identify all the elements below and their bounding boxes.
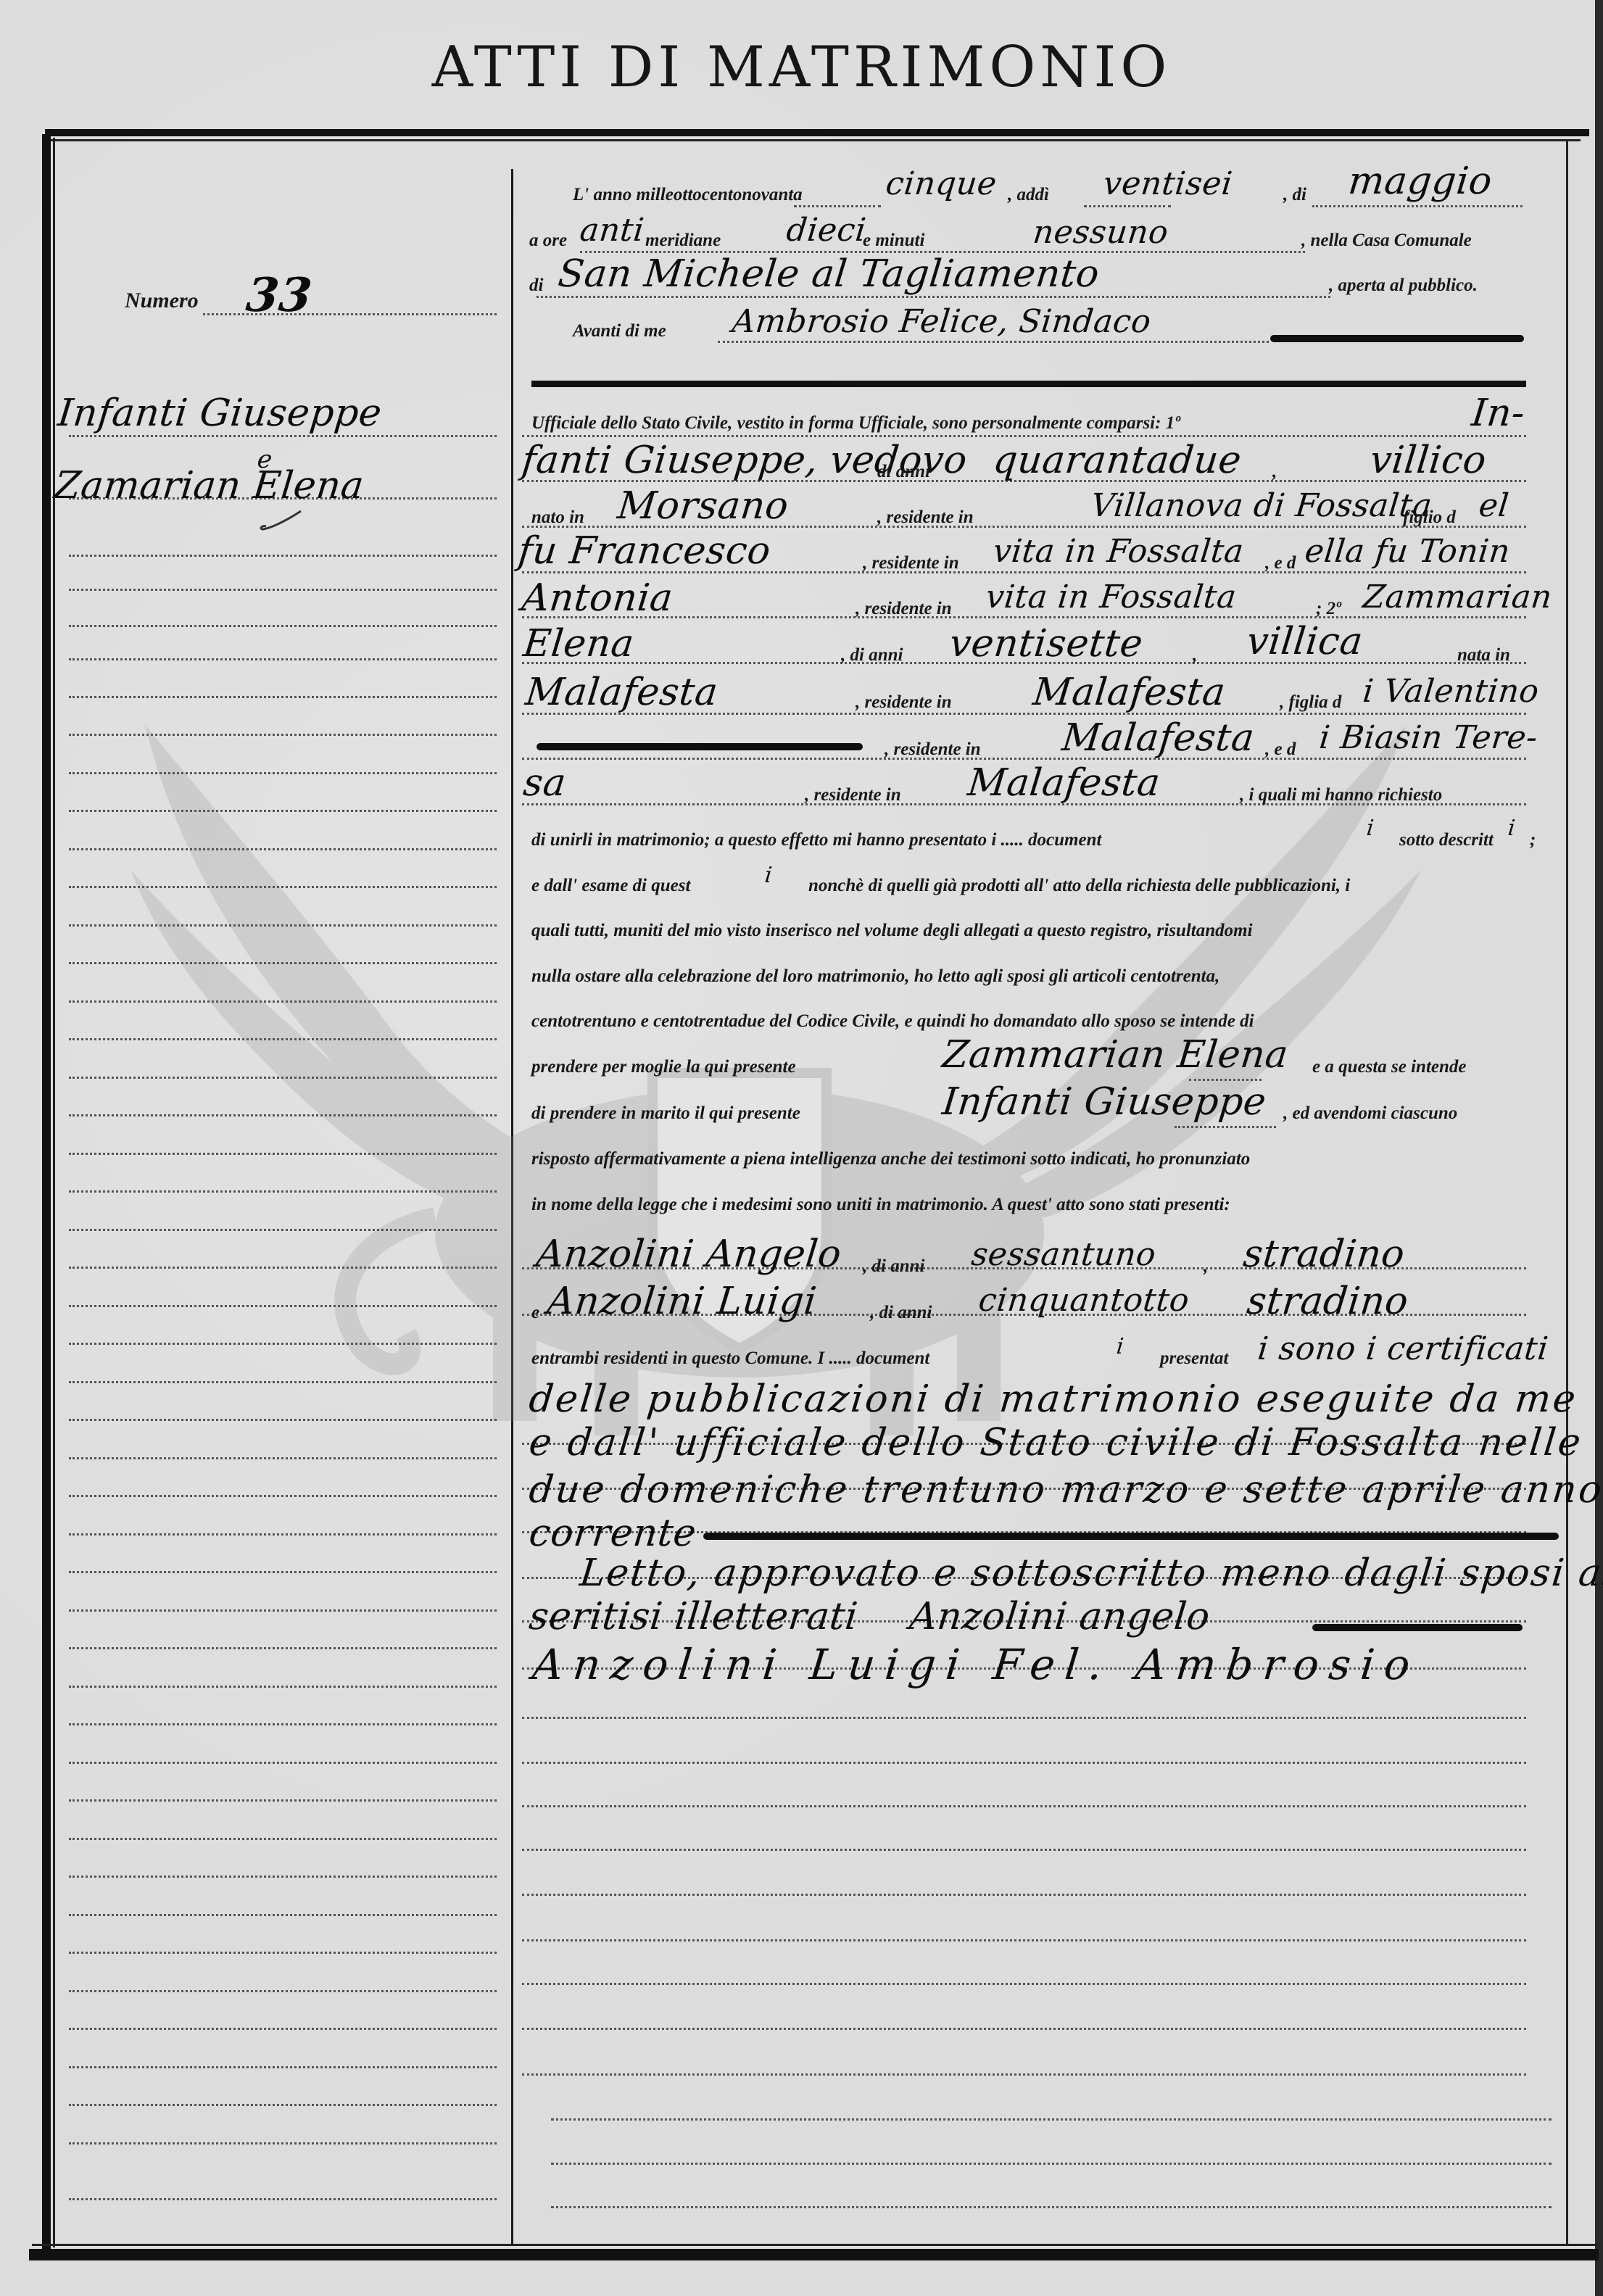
margin-groom-name: Infanti Giuseppe	[56, 391, 384, 435]
documents-description: i sono i certificati	[1256, 1330, 1550, 1367]
frame-bottom-rule	[29, 2249, 1599, 2260]
closing-statement: Letto, approvato e sottoscritto meno dag…	[578, 1551, 1603, 1595]
witness-2-occupation: stradino	[1245, 1280, 1410, 1323]
ink-fill-line	[1312, 1624, 1523, 1631]
documents-description: e dall' ufficiale dello Stato civile di …	[527, 1421, 1585, 1464]
printed-text: , e d	[1265, 739, 1296, 760]
year-value: cinque	[884, 165, 998, 202]
printed-text: , residente in	[805, 785, 901, 805]
printed-text: figlio d	[1403, 507, 1456, 528]
bride-first-name: Elena	[521, 622, 637, 666]
month-value: maggio	[1346, 159, 1494, 203]
frame-left-thin-rule	[53, 138, 55, 2247]
printed-text: presentat	[1160, 1348, 1228, 1369]
printed-text: e a questa se intende	[1312, 1057, 1467, 1077]
printed-text: centotrentuno e centotrentadue del Codic…	[531, 1011, 1254, 1032]
ink-fill-line	[537, 743, 863, 750]
handwritten-text: i	[1115, 1334, 1125, 1359]
printed-text: di anni	[877, 462, 930, 482]
closing-statement: seritisi illetterati	[527, 1595, 860, 1638]
printed-text: ;	[1530, 830, 1536, 850]
printed-text: Avanti di me	[573, 321, 666, 341]
groom-father-residence: vita in Fossalta	[991, 533, 1246, 570]
bride-father: i Valentino	[1361, 673, 1541, 710]
bride-age: ventisette	[948, 622, 1146, 666]
handwritten-text: el	[1477, 487, 1510, 524]
printed-text: , e d	[1265, 553, 1296, 573]
printed-text: ; 2º	[1316, 599, 1341, 619]
witness-1-occupation: stradino	[1241, 1232, 1407, 1276]
page-title: ATTI DI MATRIMONIO	[0, 35, 1603, 100]
printed-text: , i quali mi hanno richiesto	[1240, 785, 1442, 805]
frame-right-rule	[1566, 141, 1568, 2244]
frame-bottom-thin-rule	[32, 2244, 1598, 2246]
groom-mother-residence: vita in Fossalta	[984, 579, 1238, 616]
printed-text: L' anno milleottocentonovanta	[573, 185, 803, 205]
handwritten-text: i	[1507, 816, 1517, 841]
witness-signature: Anzolini angelo	[908, 1595, 1212, 1638]
signatures: Anzolini Luigi Fel. Ambrosio	[530, 1640, 1422, 1689]
printed-text: , residente in	[856, 599, 952, 619]
groom-father: fu Francesco	[516, 529, 773, 573]
printed-text: di	[529, 275, 543, 296]
handwritten-text: i	[1365, 816, 1375, 841]
day-value: ventisei	[1101, 165, 1234, 202]
printed-text: , residente in	[877, 507, 974, 528]
printed-text: Ufficiale dello Stato Civile, vestito in…	[531, 413, 1180, 434]
bride-residence: Malafesta	[1031, 671, 1227, 714]
frame-top-rule	[45, 129, 1589, 136]
printed-text: in nome della legge che i medesimi sono …	[531, 1195, 1230, 1215]
groom-residence: Villanova di Fossalta	[1089, 487, 1433, 524]
witness-2-age: cinquantotto	[977, 1282, 1191, 1319]
frame-left-rule	[42, 134, 51, 2251]
bride-birthplace: Malafesta	[523, 671, 720, 714]
printed-text: a ore	[529, 231, 567, 251]
margin-bride-name: Zamarian Elena	[52, 464, 366, 507]
documents-description: delle pubblicazioni di matrimonio esegui…	[527, 1377, 1580, 1421]
printed-text: , nella Casa Comunale	[1301, 231, 1472, 251]
printed-text: nato in	[531, 507, 584, 528]
printed-text: nulla ostare alla celebrazione del loro …	[531, 966, 1219, 987]
groom-mother-first-name: Antonia	[520, 576, 675, 620]
documents-description: due domeniche trentuno marzo e sette apr…	[527, 1468, 1603, 1512]
printed-text: , addì	[1008, 185, 1049, 205]
minutes-value: nessuno	[1031, 214, 1170, 251]
groom-occupation: villico	[1368, 439, 1488, 482]
printed-text: meridiane	[645, 231, 721, 251]
printed-text: ,	[1193, 645, 1197, 666]
printed-text: nata in	[1457, 645, 1510, 666]
ink-fill-line	[703, 1533, 1559, 1540]
printed-text: , di anni	[841, 645, 903, 666]
printed-text: , residente in	[856, 692, 952, 713]
printed-text: , figlia d	[1280, 692, 1341, 713]
printed-text: , aperta al pubblico.	[1329, 275, 1478, 296]
handwritten-text: i	[763, 863, 774, 888]
printed-text: ,	[1272, 462, 1277, 482]
printed-text: nonchè di quelli già prodotti all' atto …	[808, 876, 1350, 896]
witness-1-age: sessantuno	[969, 1236, 1158, 1273]
groom-mother: ella fu Tonin	[1303, 533, 1512, 570]
frame-top-thin-rule	[51, 139, 1581, 141]
groom-age: quarantadue	[991, 439, 1243, 482]
printed-text: , di anni	[863, 1256, 924, 1277]
bride-mother: i Biasin Tere-	[1317, 719, 1539, 756]
ink-fill-line	[1270, 335, 1524, 342]
printed-text: , di	[1283, 185, 1306, 205]
printed-text: risposto affermativamente a piena intell…	[531, 1149, 1250, 1169]
handwritten-text: In-	[1470, 391, 1527, 435]
printed-text: di prendere in marito il qui presente	[531, 1103, 800, 1124]
bride-surname: Zammarian	[1361, 579, 1554, 616]
printed-text: , residente in	[863, 553, 959, 573]
printed-text: e dall' esame di quest	[531, 876, 690, 896]
printed-text: e	[531, 1303, 539, 1323]
bride-mother-residence: Malafesta	[966, 761, 1162, 805]
printed-text: , residente in	[885, 739, 981, 760]
bride-occupation: villica	[1245, 620, 1365, 663]
printed-text: di unirli in matrimonio; a questo effett…	[531, 830, 1101, 850]
printed-text: e minuti	[863, 231, 924, 251]
groom-name-consent: Infanti Giuseppe	[940, 1080, 1269, 1124]
printed-text: prendere per moglie la qui presente	[531, 1057, 796, 1077]
bride-name-consent: Zammarian Elena	[940, 1033, 1291, 1077]
documents-description: corrente	[527, 1512, 698, 1555]
printed-text: , di anni	[870, 1303, 932, 1323]
act-number: 33	[244, 268, 315, 323]
page-edge	[1595, 0, 1603, 2296]
printed-text: , ed avendomi ciascuno	[1283, 1103, 1457, 1124]
witness-1-name: Anzolini Angelo	[534, 1232, 844, 1276]
header-separator-rule	[531, 381, 1526, 387]
printed-text: sotto descritt	[1399, 830, 1494, 850]
register-page: ATTI DI MATRIMONIO	[0, 0, 1603, 2296]
groom-birthplace: Morsano	[616, 484, 791, 528]
printed-text: quali tutti, muniti del mio visto inseri…	[531, 921, 1253, 941]
printed-text: ,	[1204, 1256, 1208, 1277]
numero-label: Numero	[125, 289, 199, 313]
comune-value: San Michele al Tagliamento	[556, 252, 1101, 296]
hour-value: dieci	[784, 212, 868, 249]
check-mark-icon	[257, 507, 308, 536]
printed-text: entrambi residenti in questo Comune. I .…	[531, 1348, 929, 1369]
handwritten-text: sa	[521, 761, 568, 805]
officer-name: Ambrosio Felice, Sindaco	[730, 303, 1153, 340]
bride-father-residence: Malafesta	[1060, 716, 1256, 760]
column-divider	[511, 169, 513, 2244]
witness-2-name: Anzolini Luigi	[545, 1280, 819, 1323]
hour-qualifier-value: anti	[578, 212, 646, 249]
